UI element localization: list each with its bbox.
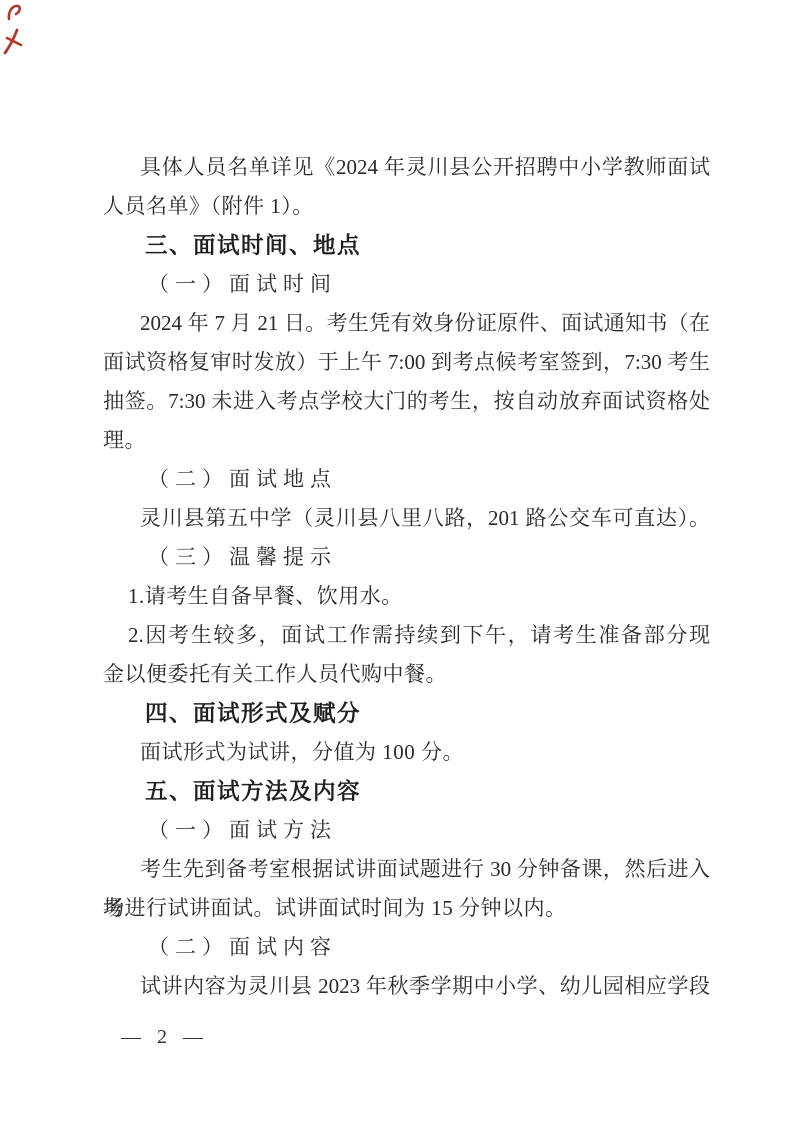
page-number: — 2 — <box>121 1022 205 1052</box>
paragraph-line: 金以便委托有关工作人员代购中餐。 <box>103 655 710 694</box>
section-heading: 三、面试时间、地点 <box>103 226 710 265</box>
paragraph-line: 2024 年 7 月 21 日。考生凭有效身份证原件、面试通知书（在 <box>103 304 710 343</box>
sub-heading: （一）面试方法 <box>103 811 710 850</box>
red-annotation-mark <box>6 3 24 23</box>
list-item-line: 2.因考生较多，面试工作需持续到下午，请考生准备部分现 <box>103 616 710 655</box>
paragraph-line: 试讲内容为灵川县 2023 年秋季学期中小学、幼儿园相应学段 <box>103 967 710 1006</box>
section-heading: 四、面试形式及赋分 <box>103 694 710 733</box>
document-text-block: 具体人员名单详见《2024 年灵川县公开招聘中小学教师面试 人员名单》（附件 1… <box>103 148 710 1006</box>
sub-heading: （二）面试内容 <box>103 928 710 967</box>
paragraph-line: 考生先到备考室根据试讲面试题进行 30 分钟备课，然后进入考 <box>103 850 710 889</box>
paragraph-line: 具体人员名单详见《2024 年灵川县公开招聘中小学教师面试 <box>103 148 710 187</box>
paragraph-line: 面试资格复审时发放）于上午 7:00 到考点候考室签到，7:30 考生 <box>103 343 710 382</box>
paragraph-line: 人员名单》（附件 1）。 <box>103 187 710 226</box>
red-annotation-mark <box>2 28 26 56</box>
paragraph-line: 场进行试讲面试。试讲面试时间为 15 分钟以内。 <box>103 889 710 928</box>
sub-heading: （一）面试时间 <box>103 265 710 304</box>
sub-heading: （二）面试地点 <box>103 460 710 499</box>
paragraph-line: 灵川县第五中学（灵川县八里八路，201 路公交车可直达）。 <box>103 499 710 538</box>
list-item-line: 1.请考生自备早餐、饮用水。 <box>103 577 710 616</box>
paragraph-line: 面试形式为试讲，分值为 100 分。 <box>103 733 710 772</box>
paragraph-line: 抽签。7:30 未进入考点学校大门的考生，按自动放弃面试资格处 <box>103 382 710 421</box>
document-page: 具体人员名单详见《2024 年灵川县公开招聘中小学教师面试 人员名单》（附件 1… <box>0 0 800 1131</box>
section-heading: 五、面试方法及内容 <box>103 772 710 811</box>
paragraph-line: 理。 <box>103 421 710 460</box>
sub-heading: （三）温馨提示 <box>103 538 710 577</box>
